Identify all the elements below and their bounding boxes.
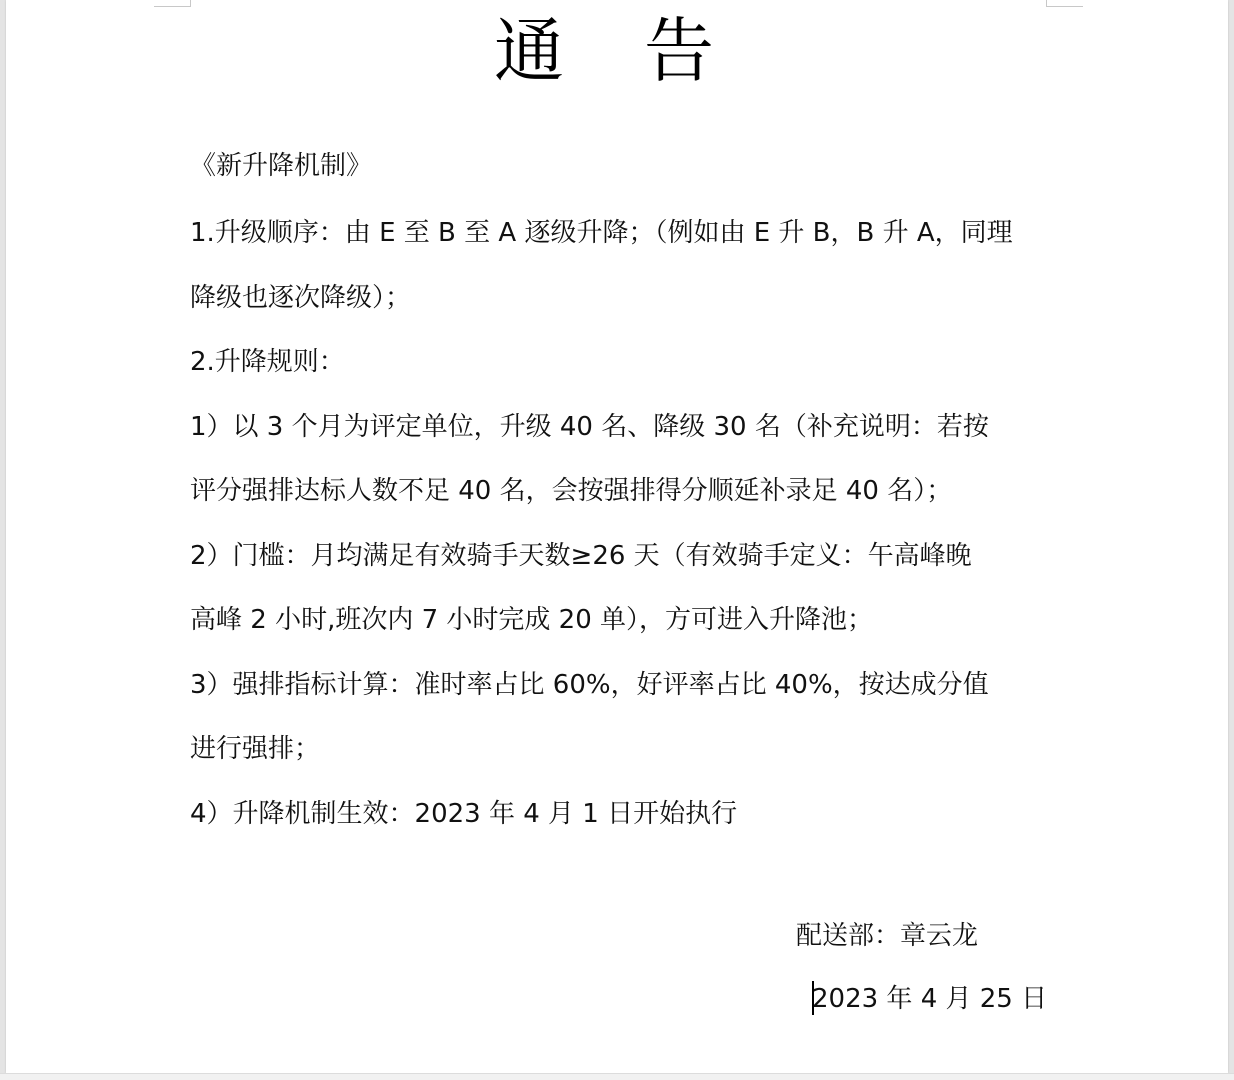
signature-department: 配送部：章云龙 [796, 912, 978, 960]
paragraph-line: 1.升级顺序：由 E 至 B 至 A 逐级升降；（例如由 E 升 B，B 升 A… [190, 207, 1050, 272]
paragraph-line: 2.升降规则： [190, 336, 1050, 401]
document-page[interactable]: 通告 《新升降机制》 1.升级顺序：由 E 至 B 至 A 逐级升降；（例如由 … [6, 0, 1228, 1073]
paragraph-line: 进行强排； [190, 723, 1050, 788]
notice-title: 通告 [6, 6, 1202, 96]
document-viewport: 通告 《新升降机制》 1.升级顺序：由 E 至 B 至 A 逐级升降；（例如由 … [0, 0, 1234, 1080]
document-body[interactable]: 《新升降机制》 1.升级顺序：由 E 至 B 至 A 逐级升降；（例如由 E 升… [190, 140, 1050, 852]
paragraph-line: 降级也逐次降级）； [190, 272, 1050, 337]
paragraph-line: 高峰 2 小时,班次内 7 小时完成 20 单），方可进入升降池； [190, 594, 1050, 659]
subtitle: 《新升降机制》 [190, 140, 1050, 207]
signature-date-line: 2023 年 4 月 25 日 [812, 975, 1047, 1023]
paragraph-line: 4）升降机制生效：2023 年 4 月 1 日开始执行 [190, 788, 1050, 853]
paragraph-line: 1）以 3 个月为评定单位，升级 40 名、降级 30 名（补充说明：若按 [190, 401, 1050, 466]
paragraph-line: 2）门槛：月均满足有效骑手天数≥26 天（有效骑手定义：午高峰晚 [190, 530, 1050, 595]
signature-date: 2023 年 4 月 25 日 [812, 984, 1047, 1014]
right-scrollbar-track[interactable] [1228, 0, 1234, 1073]
paragraph-line: 评分强排达标人数不足 40 名，会按强排得分顺延补录足 40 名）； [190, 465, 1050, 530]
paragraph-line: 3）强排指标计算：准时率占比 60%，好评率占比 40%，按达成分值 [190, 659, 1050, 724]
bottom-status-strip [0, 1073, 1234, 1080]
